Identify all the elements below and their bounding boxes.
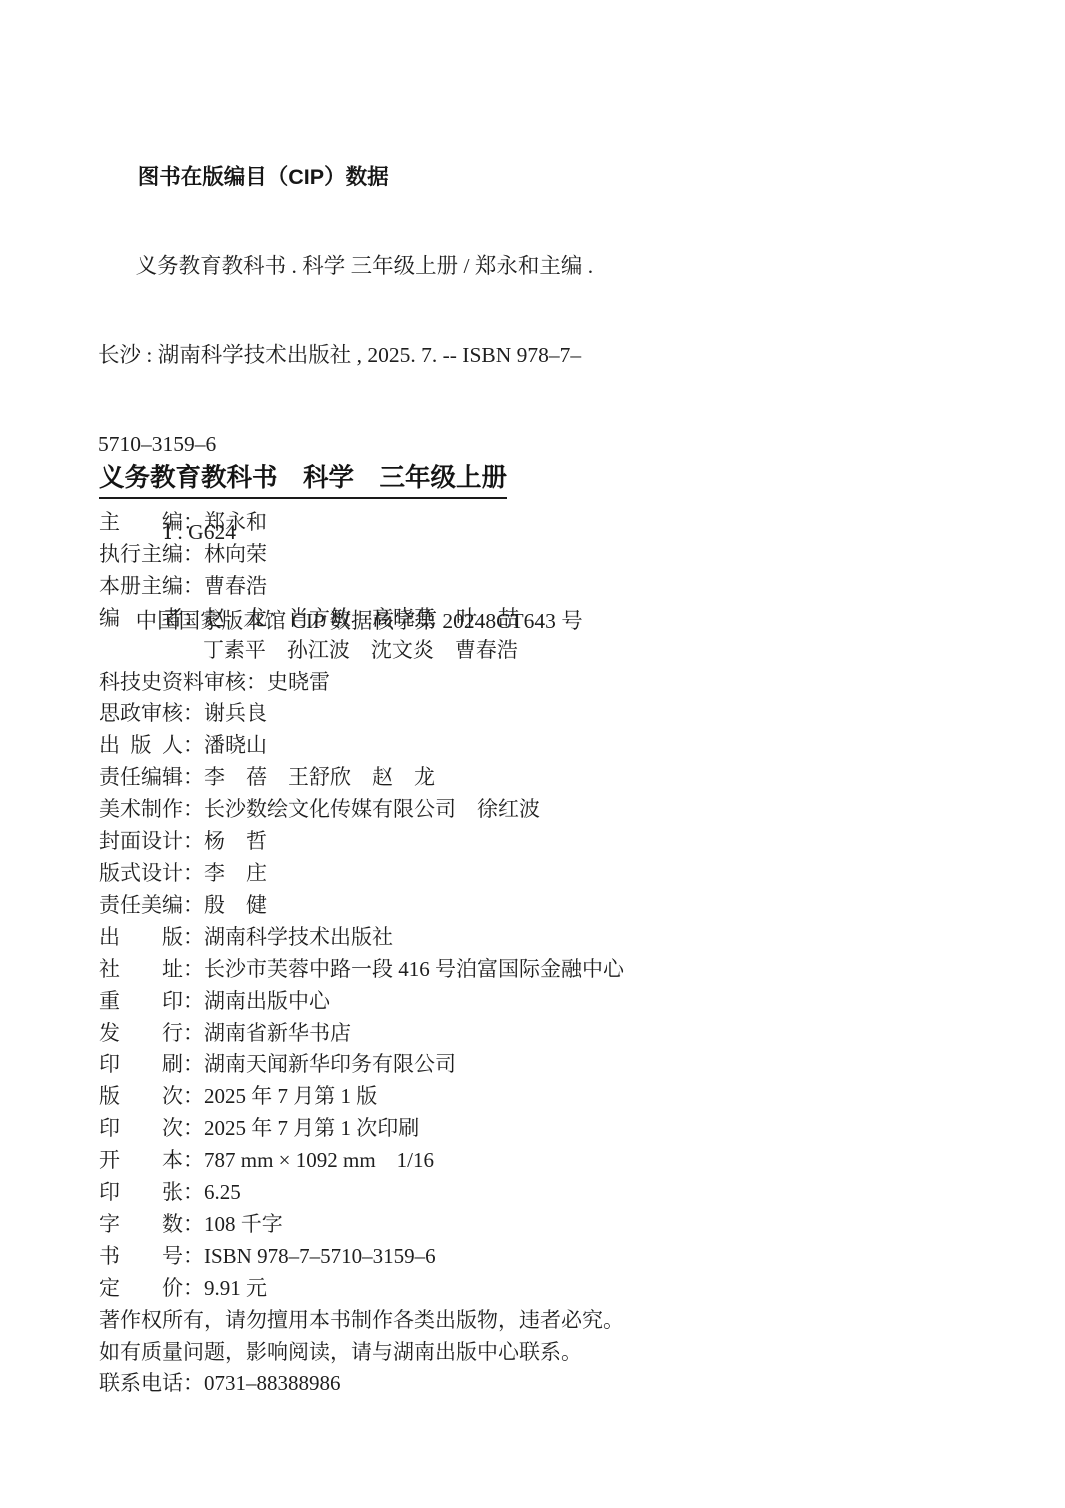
- row-label: 印 次: [99, 1116, 183, 1140]
- row-label: 发 行: [99, 1021, 183, 1045]
- row-value: 108 千字: [204, 1212, 283, 1236]
- row-value: 林向荣: [204, 542, 267, 566]
- row-label: 定 价: [99, 1276, 183, 1300]
- colon: ：: [183, 1276, 204, 1300]
- row-editors: 编 者：赵 龙 肖方敏 高晓燕 叶 喆: [99, 603, 759, 635]
- row-edition: 版 次：2025 年 7 月第 1 版: [99, 1081, 759, 1113]
- colon: ：: [183, 574, 204, 598]
- cip-publication-line: 长沙 : 湖南科学技术出版社 , 2025. 7. -- ISBN 978–7–: [98, 341, 678, 371]
- row-address: 社 址：长沙市芙蓉中路一段 416 号泊富国际金融中心: [99, 954, 759, 986]
- row-value: 787 mm × 1092 mm 1/16: [204, 1148, 434, 1172]
- book-title: 义务教育教科书 科学 三年级上册: [99, 463, 507, 499]
- colon: ：: [183, 1084, 204, 1108]
- copyright-notice: 著作权所有，请勿擅用本书制作各类出版物，违者必究。: [99, 1305, 759, 1337]
- cip-isbn-line: 5710–3159–6: [98, 430, 678, 460]
- row-label: 出 版 人: [99, 733, 183, 757]
- row-publisher-person: 出 版 人：潘晓山: [99, 730, 759, 762]
- colon: ：: [183, 1116, 204, 1140]
- row-volume-chief-editor: 本册主编：曹春浩: [99, 571, 759, 603]
- row-label: 科技史资料审核: [99, 670, 246, 694]
- colon: ：: [183, 829, 204, 853]
- colon: ：: [183, 1244, 204, 1268]
- row-value: 潘晓山: [204, 733, 267, 757]
- colon: ：: [183, 542, 204, 566]
- row-label: 书 号: [99, 1244, 183, 1268]
- row-word-count: 字 数：108 千字: [99, 1209, 759, 1241]
- row-label: 字 数: [99, 1212, 183, 1236]
- copyright-page: 图书在版编目（CIP）数据 义务教育教科书 . 科学 三年级上册 / 郑永和主编…: [0, 0, 1065, 1508]
- colon: ：: [183, 1212, 204, 1236]
- row-printing: 印 刷：湖南天闻新华印务有限公司: [99, 1049, 759, 1081]
- row-value: 长沙市芙蓉中路一段 416 号泊富国际金融中心: [204, 957, 624, 981]
- row-label: 美术制作: [99, 797, 183, 821]
- quality-notice: 如有质量问题，影响阅读，请与湖南出版中心联系。: [99, 1337, 759, 1369]
- colon: ：: [183, 1148, 204, 1172]
- row-value: 丁素平 孙江波 沈文炎 曹春浩: [203, 638, 518, 662]
- colon: ：: [183, 925, 204, 949]
- colon: ：: [183, 861, 204, 885]
- colophon-block: 主 编：郑永和 执行主编：林向荣 本册主编：曹春浩 编 者：赵 龙 肖方敏 高晓…: [99, 507, 759, 1400]
- row-label: 印 张: [99, 1180, 183, 1204]
- cip-description-line: 义务教育教科书 . 科学 三年级上册 / 郑永和主编 .: [98, 252, 678, 282]
- row-value: 6.25: [204, 1180, 241, 1204]
- row-label: 版式设计: [99, 861, 183, 885]
- row-ideology-review: 思政审核：谢兵良: [99, 698, 759, 730]
- row-label: 版 次: [99, 1084, 183, 1108]
- row-value: 赵 龙 肖方敏 高晓燕 叶 喆: [204, 606, 519, 630]
- row-editors-continued: 丁素平 孙江波 沈文炎 曹春浩: [99, 635, 759, 667]
- row-label: 出 版: [99, 925, 183, 949]
- row-printed-sheets: 印 张：6.25: [99, 1177, 759, 1209]
- colon: ：: [183, 957, 204, 981]
- colon: ：: [183, 606, 204, 630]
- colon: ：: [183, 1052, 204, 1076]
- colon: ：: [183, 765, 204, 789]
- row-label: 重 印: [99, 989, 183, 1013]
- colon: ：: [183, 797, 204, 821]
- contact-phone: 联系电话：0731–88388986: [99, 1368, 759, 1400]
- row-value: 曹春浩: [204, 574, 267, 598]
- row-executive-chief-editor: 执行主编：林向荣: [99, 539, 759, 571]
- row-art-production: 美术制作：长沙数绘文化传媒有限公司 徐红波: [99, 794, 759, 826]
- row-value: 史晓雷: [267, 670, 330, 694]
- row-value: 2025 年 7 月第 1 次印刷: [204, 1116, 419, 1140]
- row-label: 责任编辑: [99, 765, 183, 789]
- colon: ：: [246, 670, 267, 694]
- row-value: 湖南省新华书店: [204, 1021, 351, 1045]
- row-impression: 印 次：2025 年 7 月第 1 次印刷: [99, 1113, 759, 1145]
- colon: ：: [183, 1021, 204, 1045]
- row-value: 李 庄: [204, 861, 267, 885]
- row-format: 开 本：787 mm × 1092 mm 1/16: [99, 1145, 759, 1177]
- row-value: ISBN 978–7–5710–3159–6: [204, 1244, 436, 1268]
- row-value: 郑永和: [204, 510, 267, 534]
- row-label: 本册主编: [99, 574, 183, 598]
- row-reprint: 重 印：湖南出版中心: [99, 986, 759, 1018]
- row-distribution: 发 行：湖南省新华书店: [99, 1018, 759, 1050]
- row-value: 湖南科学技术出版社: [204, 925, 393, 949]
- row-value: 殷 健: [204, 893, 267, 917]
- colon: ：: [183, 701, 204, 725]
- row-value: 杨 哲: [204, 829, 267, 853]
- row-label: 印 刷: [99, 1052, 183, 1076]
- row-value: 谢兵良: [204, 701, 267, 725]
- row-label: 责任美编: [99, 893, 183, 917]
- row-value: 2025 年 7 月第 1 版: [204, 1084, 377, 1108]
- colon: ：: [183, 733, 204, 757]
- row-label: 主 编: [99, 510, 183, 534]
- colon: ：: [183, 1180, 204, 1204]
- row-label: 封面设计: [99, 829, 183, 853]
- cip-heading: 图书在版编目（CIP）数据: [98, 163, 678, 193]
- row-cover-design: 封面设计：杨 哲: [99, 826, 759, 858]
- row-price: 定 价：9.91 元: [99, 1273, 759, 1305]
- row-book-number: 书 号：ISBN 978–7–5710–3159–6: [99, 1241, 759, 1273]
- row-value: 李 蓓 王舒欣 赵 龙: [204, 765, 435, 789]
- colon: ：: [183, 893, 204, 917]
- row-label: 思政审核: [99, 701, 183, 725]
- row-layout-design: 版式设计：李 庄: [99, 858, 759, 890]
- row-label: 编 者: [99, 606, 183, 630]
- row-responsible-art-editor: 责任美编：殷 健: [99, 890, 759, 922]
- row-value: 长沙数绘文化传媒有限公司 徐红波: [204, 797, 540, 821]
- row-value: 9.91 元: [204, 1276, 267, 1300]
- row-label: 执行主编: [99, 542, 183, 566]
- row-label: 开 本: [99, 1148, 183, 1172]
- row-value: 湖南出版中心: [204, 989, 330, 1013]
- colon: ：: [183, 989, 204, 1013]
- row-value: 湖南天闻新华印务有限公司: [204, 1052, 456, 1076]
- row-chief-editor: 主 编：郑永和: [99, 507, 759, 539]
- row-publishing-house: 出 版：湖南科学技术出版社: [99, 922, 759, 954]
- row-responsible-editor: 责任编辑：李 蓓 王舒欣 赵 龙: [99, 762, 759, 794]
- row-label: 社 址: [99, 957, 183, 981]
- row-science-history-review: 科技史资料审核：史晓雷: [99, 667, 759, 699]
- colon: ：: [183, 510, 204, 534]
